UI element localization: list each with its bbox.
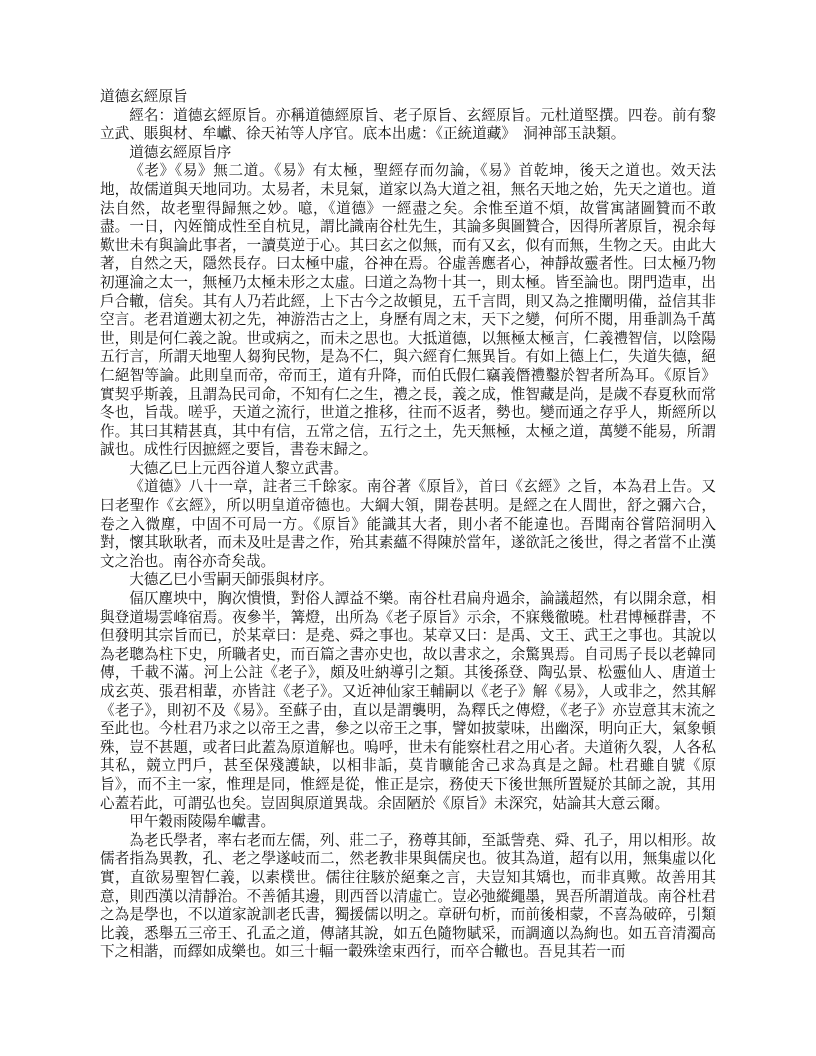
paragraph: 大德乙巳小雪嗣天師張與材序。 [100,571,716,590]
paragraph: 《道德》八十一章，註者三千餘家。南谷著《原旨》，首曰《玄經》之旨，本為君上告。又… [100,478,716,571]
paragraph: 道德玄經原旨序 [100,144,716,163]
document-title: 道德玄經原旨 [100,88,716,107]
document-body: 道德玄經原旨 經名：道德玄經原旨。亦稱道德經原旨、老子原旨、玄經原旨。元杜道堅撰… [100,88,716,962]
paragraph: 甲午穀雨陵陽牟巘書。 [100,813,716,832]
paragraph: 《老》《易》無二道。《易》有太極，聖經存而勿論，《易》首乾坤，後天之道也。效天法… [100,162,716,460]
paragraph: 大德乙巳上元西谷道人黎立武書。 [100,460,716,479]
paragraph: 為老氏學者，率右老而左儒，列、莊二子，務尊其師，至詆訾堯、舜、孔子，用以相形。故… [100,832,716,962]
document-page: 道德玄經原旨 經名：道德玄經原旨。亦稱道德經原旨、老子原旨、玄經原旨。元杜道堅撰… [0,0,816,1056]
paragraphs-container: 經名：道德玄經原旨。亦稱道德經原旨、老子原旨、玄經原旨。元杜道堅撰。四卷。前有黎… [100,107,716,962]
paragraph: 經名：道德玄經原旨。亦稱道德經原旨、老子原旨、玄經原旨。元杜道堅撰。四卷。前有黎… [100,107,716,144]
paragraph: 偪仄塵坱中，胸次憒憒，對俗人譚益不樂。南谷杜君扁舟過余，論議超然，有以開余意，相… [100,590,716,813]
